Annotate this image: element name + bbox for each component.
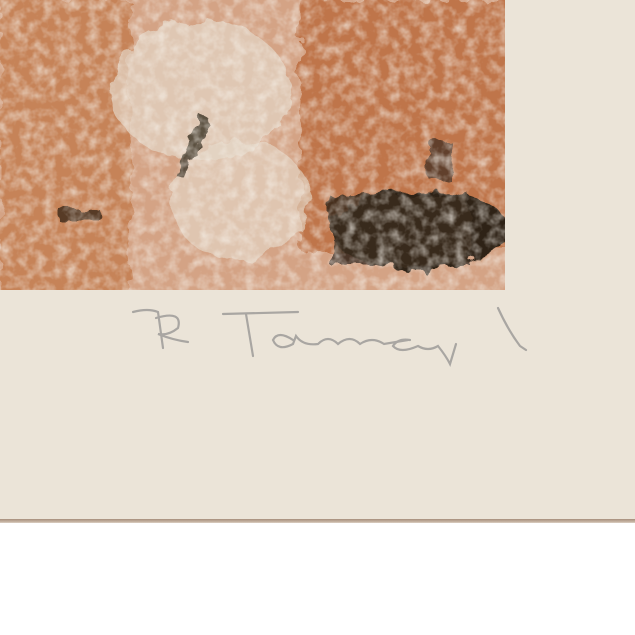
paper-sheet: R Tamayo bbox=[0, 0, 635, 522]
pencil-signature: R Tamayo bbox=[128, 300, 548, 370]
lithograph-ink-area bbox=[0, 0, 518, 298]
deckle-edge bbox=[0, 519, 635, 523]
